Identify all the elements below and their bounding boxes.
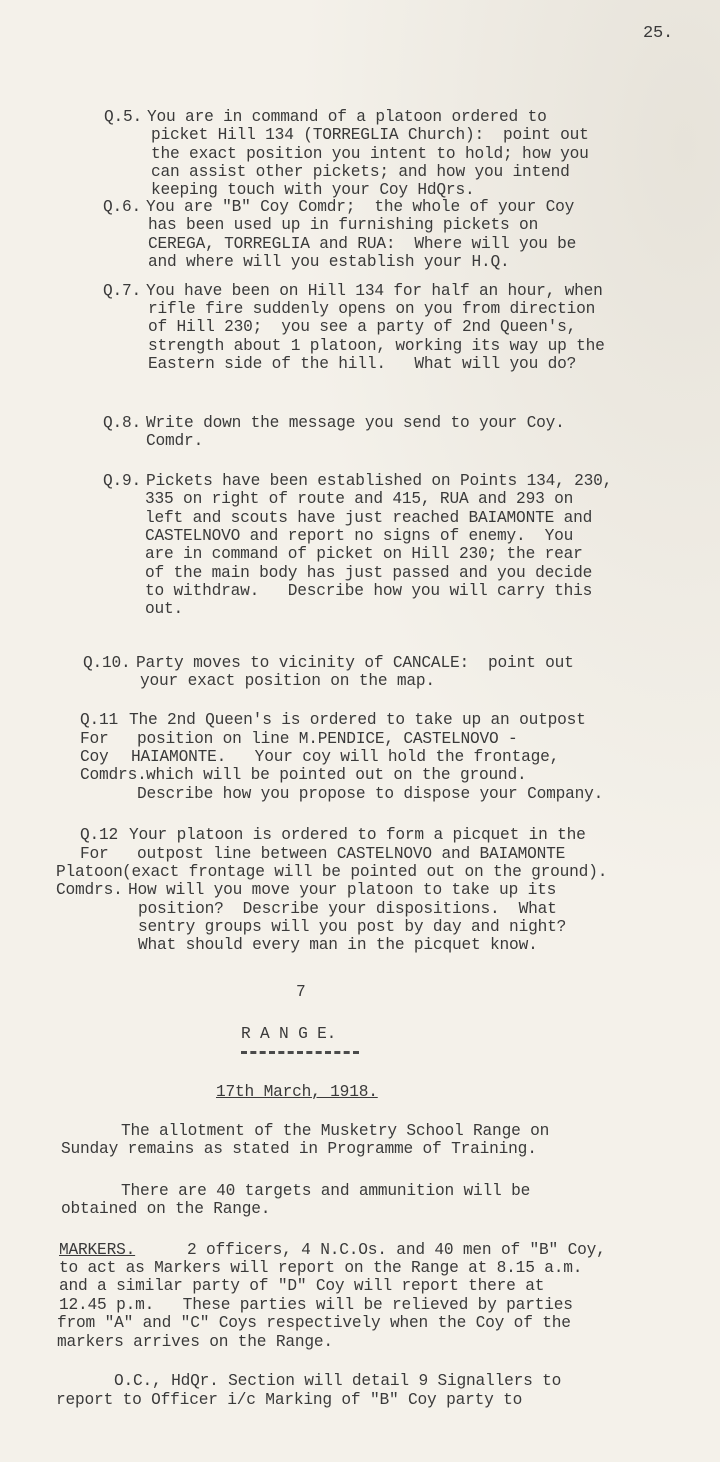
question-line: (exact frontage will be pointed out on t… xyxy=(122,863,607,881)
question-line: strength about 1 platoon, working its wa… xyxy=(148,337,605,355)
question-label: Q.12 xyxy=(80,826,118,844)
question-line: rifle fire suddenly opens on you from di… xyxy=(148,300,595,318)
paragraph-line: report to Officer i/c Marking of "B" Coy… xyxy=(56,1391,522,1409)
paragraph-line: markers arrives on the Range. xyxy=(57,1333,333,1351)
question-line: Write down the message you send to your … xyxy=(146,414,565,432)
question-line: are in command of picket on Hill 230; th… xyxy=(145,545,583,563)
question-line: CASTELNOVO and report no signs of enemy.… xyxy=(145,527,573,545)
question-label: Q.6. xyxy=(103,198,141,216)
side-label: Coy xyxy=(80,748,109,766)
paragraph-line: There are 40 targets and ammunition will… xyxy=(121,1182,530,1200)
question-line: can assist other pickets; and how you in… xyxy=(151,163,570,181)
section-title: R A N G E. xyxy=(241,1025,336,1043)
question-label: Q.11 xyxy=(80,711,118,729)
question-line: out. xyxy=(145,600,183,618)
question-line: sentry groups will you post by day and n… xyxy=(138,918,566,936)
page-number: 25. xyxy=(643,25,673,43)
question-line: CEREGA, TORREGLIA and RUA: Where will yo… xyxy=(148,235,576,253)
question-label: Q.8. xyxy=(103,414,141,432)
question-line: and where will you establish your H.Q. xyxy=(148,253,510,271)
question-line: which will be pointed out on the ground. xyxy=(146,766,527,784)
question-line: Your platoon is ordered to form a picque… xyxy=(129,826,586,844)
document-page: 25. Q.5. You are in command of a platoon… xyxy=(0,0,720,1462)
question-line: What should every man in the picquet kno… xyxy=(138,936,538,954)
paragraph-line: O.C., HdQr. Section will detail 9 Signal… xyxy=(114,1372,561,1390)
question-line: HAIAMONTE. Your coy will hold the fronta… xyxy=(131,748,559,766)
paragraph-line: 2 officers, 4 N.C.Os. and 40 men of "B" … xyxy=(187,1241,606,1259)
question-label: Q.5. xyxy=(104,108,142,126)
question-line: your exact position on the map. xyxy=(140,672,435,690)
paragraph-line: Sunday remains as stated in Programme of… xyxy=(61,1140,537,1158)
question-line: How will you move your platoon to take u… xyxy=(128,881,556,899)
question-line: of Hill 230; you see a party of 2nd Quee… xyxy=(148,318,576,336)
question-line: Comdr. xyxy=(146,432,203,450)
question-line: outpost line between CASTELNOVO and BAIA… xyxy=(137,845,565,863)
question-line: 335 on right of route and 415, RUA and 2… xyxy=(145,490,573,508)
question-line: You have been on Hill 134 for half an ho… xyxy=(146,282,603,300)
section-number: 7 xyxy=(296,983,306,1001)
section-date: 17th March, 1918. xyxy=(216,1083,378,1101)
side-label: For xyxy=(80,845,109,863)
paragraph-line: obtained on the Range. xyxy=(61,1200,270,1218)
question-line: to withdraw. Describe how you will carry… xyxy=(145,582,592,600)
side-label: Comdrs. xyxy=(56,881,123,899)
question-line: picket Hill 134 (TORREGLIA Church): poin… xyxy=(151,126,589,144)
paragraph-line: The allotment of the Musketry School Ran… xyxy=(121,1122,549,1140)
paragraph-line: from "A" and "C" Coys respectively when … xyxy=(57,1314,571,1332)
paragraph-line: to act as Markers will report on the Ran… xyxy=(59,1259,582,1277)
side-label: For xyxy=(80,730,109,748)
question-line: You are "B" Coy Comdr; the whole of your… xyxy=(146,198,574,216)
question-label: Q.10. xyxy=(83,654,131,672)
question-line: left and scouts have just reached BAIAMO… xyxy=(145,509,592,527)
question-line: position on line M.PENDICE, CASTELNOVO - xyxy=(137,730,518,748)
question-line: of the main body has just passed and you… xyxy=(145,564,592,582)
question-line: You are in command of a platoon ordered … xyxy=(147,108,547,126)
question-line: position? Describe your dispositions. Wh… xyxy=(138,900,557,918)
question-line: The 2nd Queen's is ordered to take up an… xyxy=(129,711,586,729)
side-label: Comdrs. xyxy=(80,766,147,784)
question-label: Q.7. xyxy=(103,282,141,300)
question-label: Q.9. xyxy=(103,472,141,490)
markers-heading: MARKERS. xyxy=(59,1241,135,1259)
question-line: Pickets have been established on Points … xyxy=(146,472,612,490)
paragraph-line: 12.45 p.m. These parties will be relieve… xyxy=(59,1296,573,1314)
side-label: Platoon xyxy=(56,863,123,881)
question-line: has been used up in furnishing pickets o… xyxy=(148,216,538,234)
question-line: Describe how you propose to dispose your… xyxy=(137,785,603,803)
question-line: Eastern side of the hill. What will you … xyxy=(148,355,576,373)
title-underline xyxy=(241,1051,359,1054)
paragraph-line: and a similar party of "D" Coy will repo… xyxy=(59,1277,544,1295)
question-line: keeping touch with your Coy HdQrs. xyxy=(151,181,474,199)
question-line: Party moves to vicinity of CANCALE: poin… xyxy=(136,654,574,672)
question-line: the exact position you intent to hold; h… xyxy=(151,145,589,163)
